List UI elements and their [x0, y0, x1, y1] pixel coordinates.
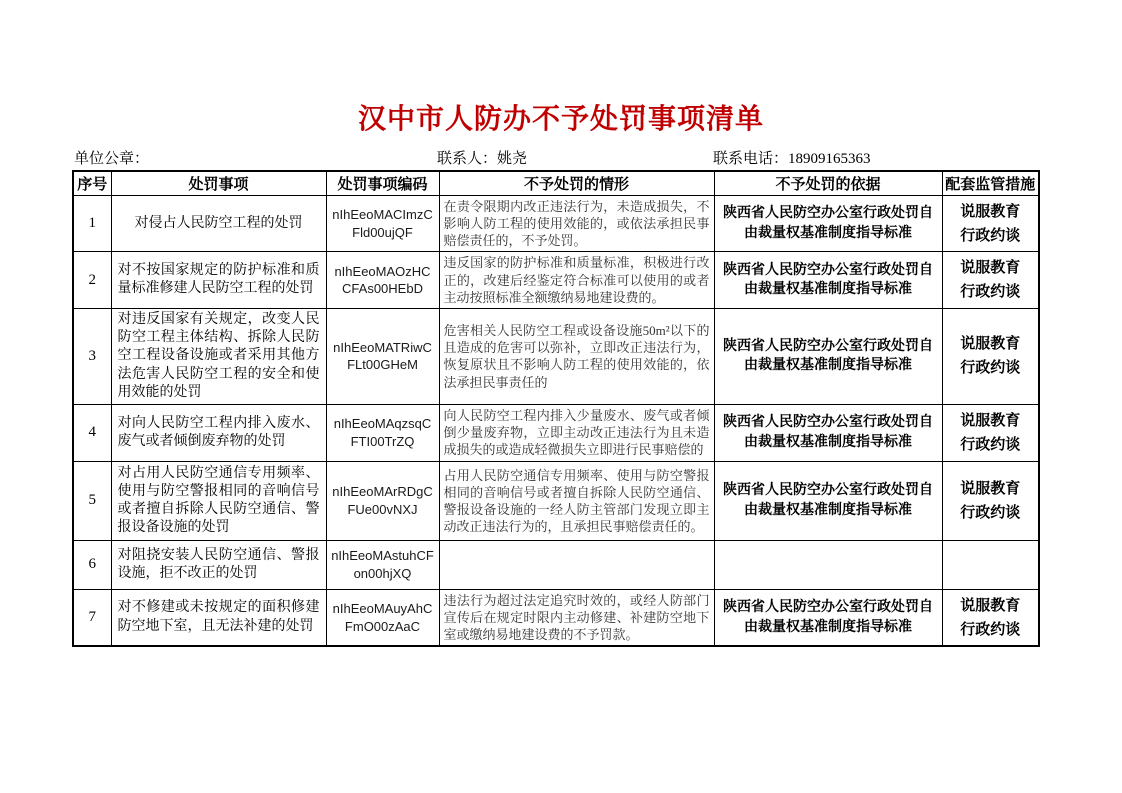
- cell-measure: 说服教育 行政约谈: [942, 252, 1039, 308]
- cell-item: 对占用人民防空通信专用频率、使用与防空警报相同的音响信号或者擅自拆除人民防空通信…: [111, 461, 326, 540]
- cell-circumstance: [439, 540, 714, 589]
- col-header-code: 处罚事项编码: [326, 171, 439, 196]
- cell-basis: 陕西省人民防空办公室行政处罚自由裁量权基准制度指导标准: [714, 196, 942, 252]
- col-header-item: 处罚事项: [111, 171, 326, 196]
- cell-no: 6: [73, 540, 111, 589]
- col-header-basis: 不予处罚的依据: [714, 171, 942, 196]
- cell-code: nIhEeoMAuyAhCFmO00zAaC: [326, 589, 439, 646]
- cell-circumstance: 违法行为超过法定追究时效的，或经人防部门宣传后在规定时限内主动修建、补建防空地下…: [439, 589, 714, 646]
- cell-measure: [942, 540, 1039, 589]
- cell-code: nIhEeoMAstuhCFon00hjXQ: [326, 540, 439, 589]
- cell-code: nIhEeoMACImzCFld00ujQF: [326, 196, 439, 252]
- cell-no: 2: [73, 252, 111, 308]
- contact-phone: 联系电话：18909165363: [713, 147, 871, 168]
- cell-measure: 说服教育 行政约谈: [942, 196, 1039, 252]
- cell-item: 对阻挠安装人民防空通信、警报设施，拒不改正的处罚: [111, 540, 326, 589]
- contact-person: 联系人：姚尧: [437, 147, 527, 168]
- cell-measure: 说服教育 行政约谈: [942, 589, 1039, 646]
- cell-circumstance: 向人民防空工程内排入少量废水、废气或者倾倒少量废弃物，立即主动改正违法行为且未造…: [439, 404, 714, 461]
- cell-basis: 陕西省人民防空办公室行政处罚自由裁量权基准制度指导标准: [714, 461, 942, 540]
- cell-no: 5: [73, 461, 111, 540]
- table-row: 2 对不按国家规定的防护标准和质量标准修建人民防空工程的处罚 nIhEeoMAO…: [73, 252, 1039, 308]
- cell-circumstance: 占用人民防空通信专用频率、使用与防空警报相同的音响信号或者擅自拆除人民防空通信、…: [439, 461, 714, 540]
- header-row: 序号 处罚事项 处罚事项编码 不予处罚的情形 不予处罚的依据 配套监管措施: [73, 171, 1039, 196]
- cell-item: 对不按国家规定的防护标准和质量标准修建人民防空工程的处罚: [111, 252, 326, 308]
- cell-no: 3: [73, 308, 111, 404]
- cell-measure: 说服教育 行政约谈: [942, 461, 1039, 540]
- cell-code: nIhEeoMATRiwCFLt00GHeM: [326, 308, 439, 404]
- document-page: 汉中市人防办不予处罚事项清单 单位公章： 联系人：姚尧 联系电话：1890916…: [0, 0, 1122, 793]
- cell-basis: 陕西省人民防空办公室行政处罚自由裁量权基准制度指导标准: [714, 252, 942, 308]
- table-row: 6 对阻挠安装人民防空通信、警报设施，拒不改正的处罚 nIhEeoMAstuhC…: [73, 540, 1039, 589]
- cell-basis: 陕西省人民防空办公室行政处罚自由裁量权基准制度指导标准: [714, 589, 942, 646]
- info-row: 单位公章： 联系人：姚尧 联系电话：18909165363: [72, 147, 1038, 168]
- cell-item: 对违反国家有关规定，改变人民防空工程主体结构、拆除人民防空工程设备设施或者采用其…: [111, 308, 326, 404]
- cell-item: 对向人民防空工程内排入废水、废气或者倾倒废弃物的处罚: [111, 404, 326, 461]
- cell-code: nIhEeoMAOzHCCFAs00HEbD: [326, 252, 439, 308]
- cell-item: 对侵占人民防空工程的处罚: [111, 196, 326, 252]
- cell-basis: [714, 540, 942, 589]
- contact-label: 联系人：: [437, 151, 497, 167]
- punishment-table: 序号 处罚事项 处罚事项编码 不予处罚的情形 不予处罚的依据 配套监管措施 1 …: [72, 170, 1040, 647]
- cell-no: 7: [73, 589, 111, 646]
- cell-code: nIhEeoMAqzsqCFTI00TrZQ: [326, 404, 439, 461]
- phone-value: 18909165363: [788, 151, 871, 167]
- col-header-circumstance: 不予处罚的情形: [439, 171, 714, 196]
- cell-circumstance: 违反国家的防护标准和质量标准，积极进行改正的，改建后经鉴定符合标准可以使用的或者…: [439, 252, 714, 308]
- table-row: 5 对占用人民防空通信专用频率、使用与防空警报相同的音响信号或者擅自拆除人民防空…: [73, 461, 1039, 540]
- cell-no: 4: [73, 404, 111, 461]
- table-row: 4 对向人民防空工程内排入废水、废气或者倾倒废弃物的处罚 nIhEeoMAqzs…: [73, 404, 1039, 461]
- page-title: 汉中市人防办不予处罚事项清单: [0, 97, 1122, 137]
- cell-no: 1: [73, 196, 111, 252]
- table-row: 3 对违反国家有关规定，改变人民防空工程主体结构、拆除人民防空工程设备设施或者采…: [73, 308, 1039, 404]
- cell-measure: 说服教育 行政约谈: [942, 404, 1039, 461]
- table-row: 7 对不修建或未按规定的面积修建防空地下室，且无法补建的处罚 nIhEeoMAu…: [73, 589, 1039, 646]
- cell-basis: 陕西省人民防空办公室行政处罚自由裁量权基准制度指导标准: [714, 404, 942, 461]
- phone-label: 联系电话：: [713, 151, 788, 167]
- col-header-measure: 配套监管措施: [942, 171, 1039, 196]
- cell-circumstance: 在责令限期内改正违法行为，未造成损失，不影响人防工程的使用效能的，或依法承担民事…: [439, 196, 714, 252]
- cell-basis: 陕西省人民防空办公室行政处罚自由裁量权基准制度指导标准: [714, 308, 942, 404]
- contact-value: 姚尧: [497, 151, 527, 167]
- col-header-no: 序号: [73, 171, 111, 196]
- table-row: 1 对侵占人民防空工程的处罚 nIhEeoMACImzCFld00ujQF 在责…: [73, 196, 1039, 252]
- cell-item: 对不修建或未按规定的面积修建防空地下室，且无法补建的处罚: [111, 589, 326, 646]
- cell-circumstance: 危害相关人民防空工程或设备设施50m²以下的且造成的危害可以弥补，立即改正违法行…: [439, 308, 714, 404]
- cell-code: nIhEeoMArRDgCFUe00vNXJ: [326, 461, 439, 540]
- cell-measure: 说服教育 行政约谈: [942, 308, 1039, 404]
- seal-label: 单位公章：: [74, 147, 149, 168]
